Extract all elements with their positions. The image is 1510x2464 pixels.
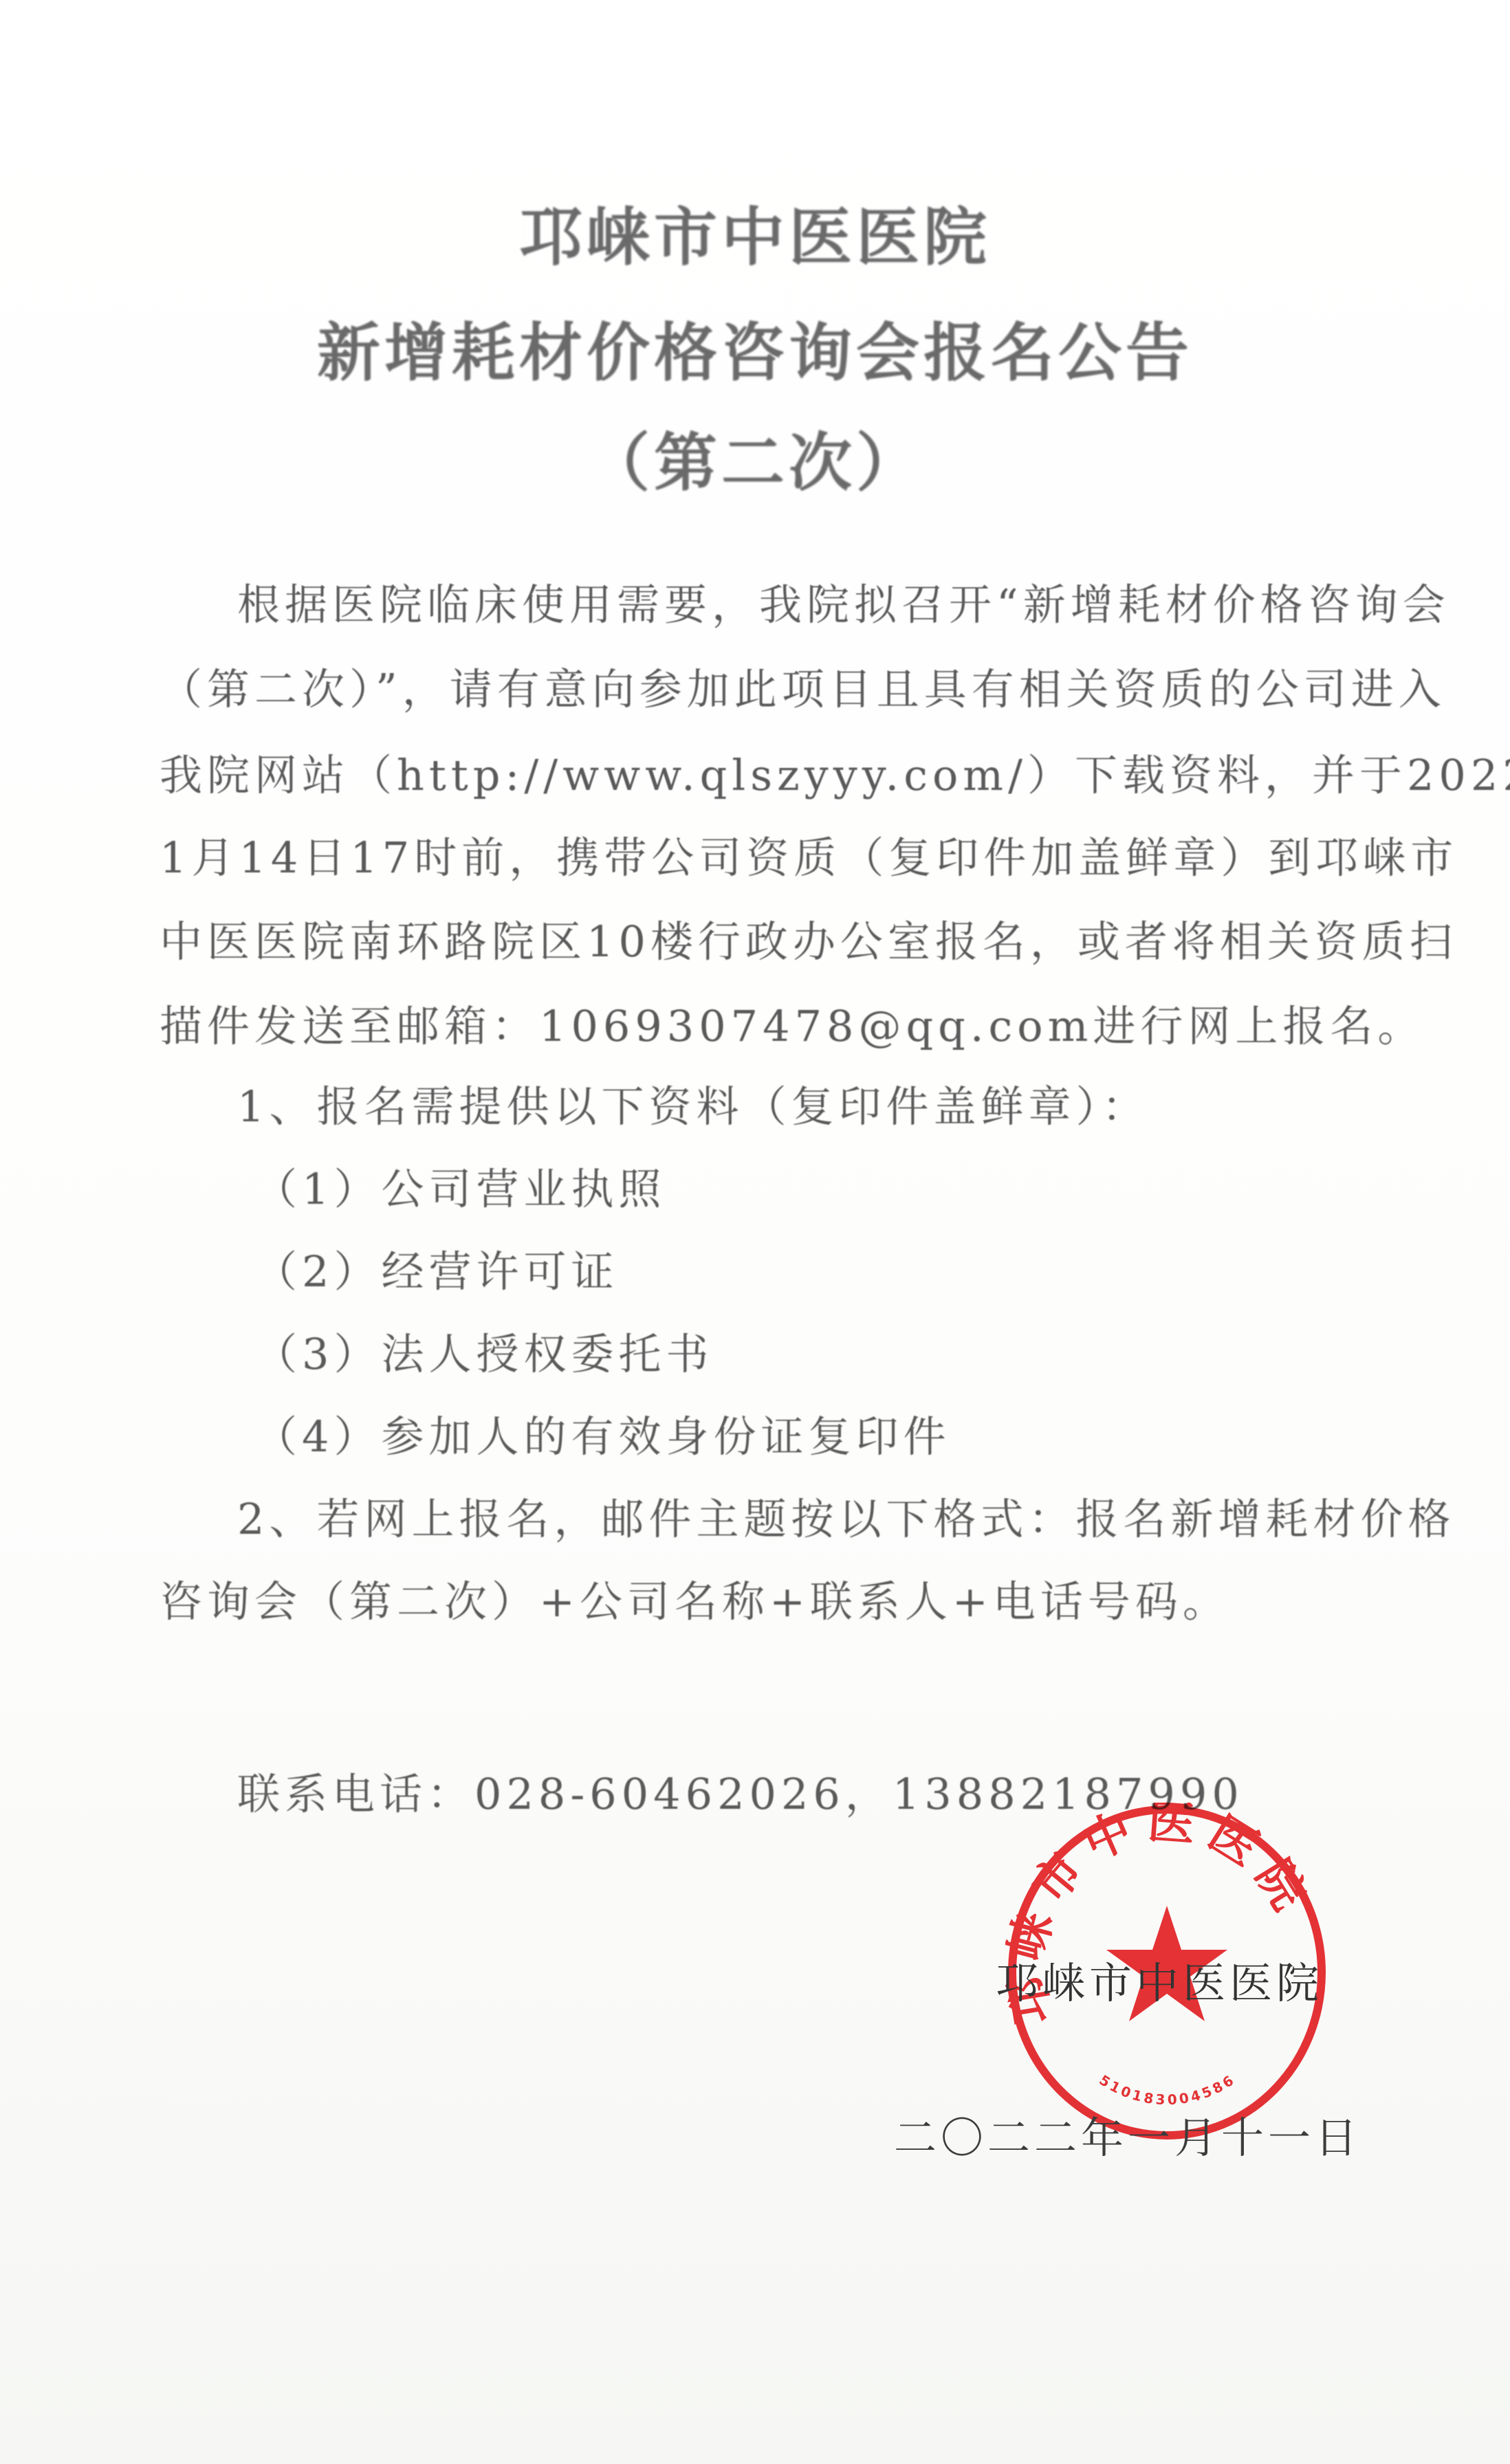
paragraph-line: 我院网站（http://www.qlszyyy.com/）下载资料，并于2022…	[160, 748, 1370, 803]
title-announcement: 新增耗材价格咨询会报名公告	[0, 302, 1510, 393]
document-page: 邛崃市中医医院 新增耗材价格咨询会报名公告 （第二次） 根据医院临床使用需要，我…	[0, 0, 1510, 2464]
title-round: （第二次）	[0, 412, 1510, 503]
paragraph-line-email: 描件发送至邮箱：1069307478@qq.com进行网上报名。	[160, 999, 1370, 1054]
signature-date: 二〇二二年一月十一日	[894, 2104, 1361, 2165]
paragraph-line: 1月14日17时前，携带公司资质（复印件加盖鲜章）到邛崃市	[160, 830, 1370, 885]
title-hospital-name: 邛崃市中医医院	[0, 187, 1510, 278]
requirement-item: （3）法人授权委托书	[254, 1327, 1465, 1382]
requirement-item: （4）参加人的有效身份证复印件	[254, 1409, 1465, 1464]
seal-code: 510183004586	[1096, 2071, 1238, 2108]
online-note-line: 咨询会（第二次）+公司名称+联系人+电话号码。	[160, 1574, 1370, 1629]
requirement-item: （1）公司营业执照	[254, 1162, 1465, 1217]
paragraph-line: 根据医院临床使用需要，我院拟召开“新增耗材价格咨询会	[237, 577, 1370, 632]
paragraph-line: 中医医院南环路院区10楼行政办公室报名，或者将相关资质扫	[160, 914, 1370, 969]
online-note-line: 2、若网上报名，邮件主题按以下格式：报名新增耗材价格	[237, 1492, 1370, 1547]
signature-organization: 邛崃市中医医院	[996, 1949, 1323, 2010]
requirement-item: （2）经营许可证	[254, 1244, 1465, 1299]
paragraph-line: （第二次）”，请有意向参加此项目且具有相关资质的公司进入	[160, 662, 1370, 717]
requirements-heading: 1、报名需提供以下资料（复印件盖鲜章）：	[237, 1079, 1370, 1134]
